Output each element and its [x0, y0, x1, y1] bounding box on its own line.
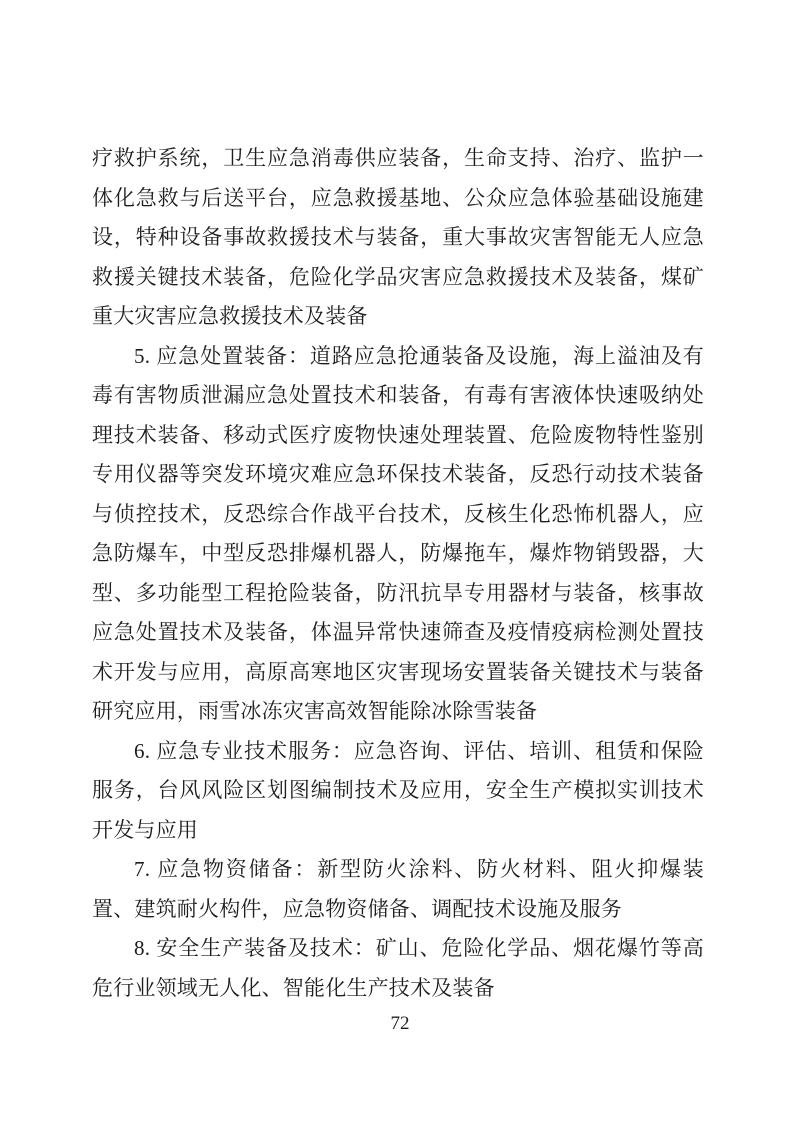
document-page: 疗救护系统，卫生应急消毒供应装备，生命支持、治疗、监护一体化急救与后送平台，应急… [0, 0, 800, 1131]
document-body: 疗救护系统，卫生应急消毒供应装备，生命支持、治疗、监护一体化急救与后送平台，应急… [92, 139, 704, 1008]
paragraph-item-6: 6. 应急专业技术服务：应急咨询、评估、培训、租赁和保险服务，台风风险区划图编制… [92, 732, 704, 851]
page-number: 72 [0, 1011, 800, 1037]
paragraph-continuation: 疗救护系统，卫生应急消毒供应装备，生命支持、治疗、监护一体化急救与后送平台，应急… [92, 139, 704, 337]
paragraph-item-7: 7. 应急物资储备：新型防火涂料、防火材料、阻火抑爆装置、建筑耐火构件，应急物资… [92, 850, 704, 929]
paragraph-item-8: 8. 安全生产装备及技术：矿山、危险化学品、烟花爆竹等高危行业领域无人化、智能化… [92, 929, 704, 1008]
paragraph-item-5: 5. 应急处置装备：道路应急抢通装备及设施，海上溢油及有毒有害物质泄漏应急处置技… [92, 337, 704, 732]
